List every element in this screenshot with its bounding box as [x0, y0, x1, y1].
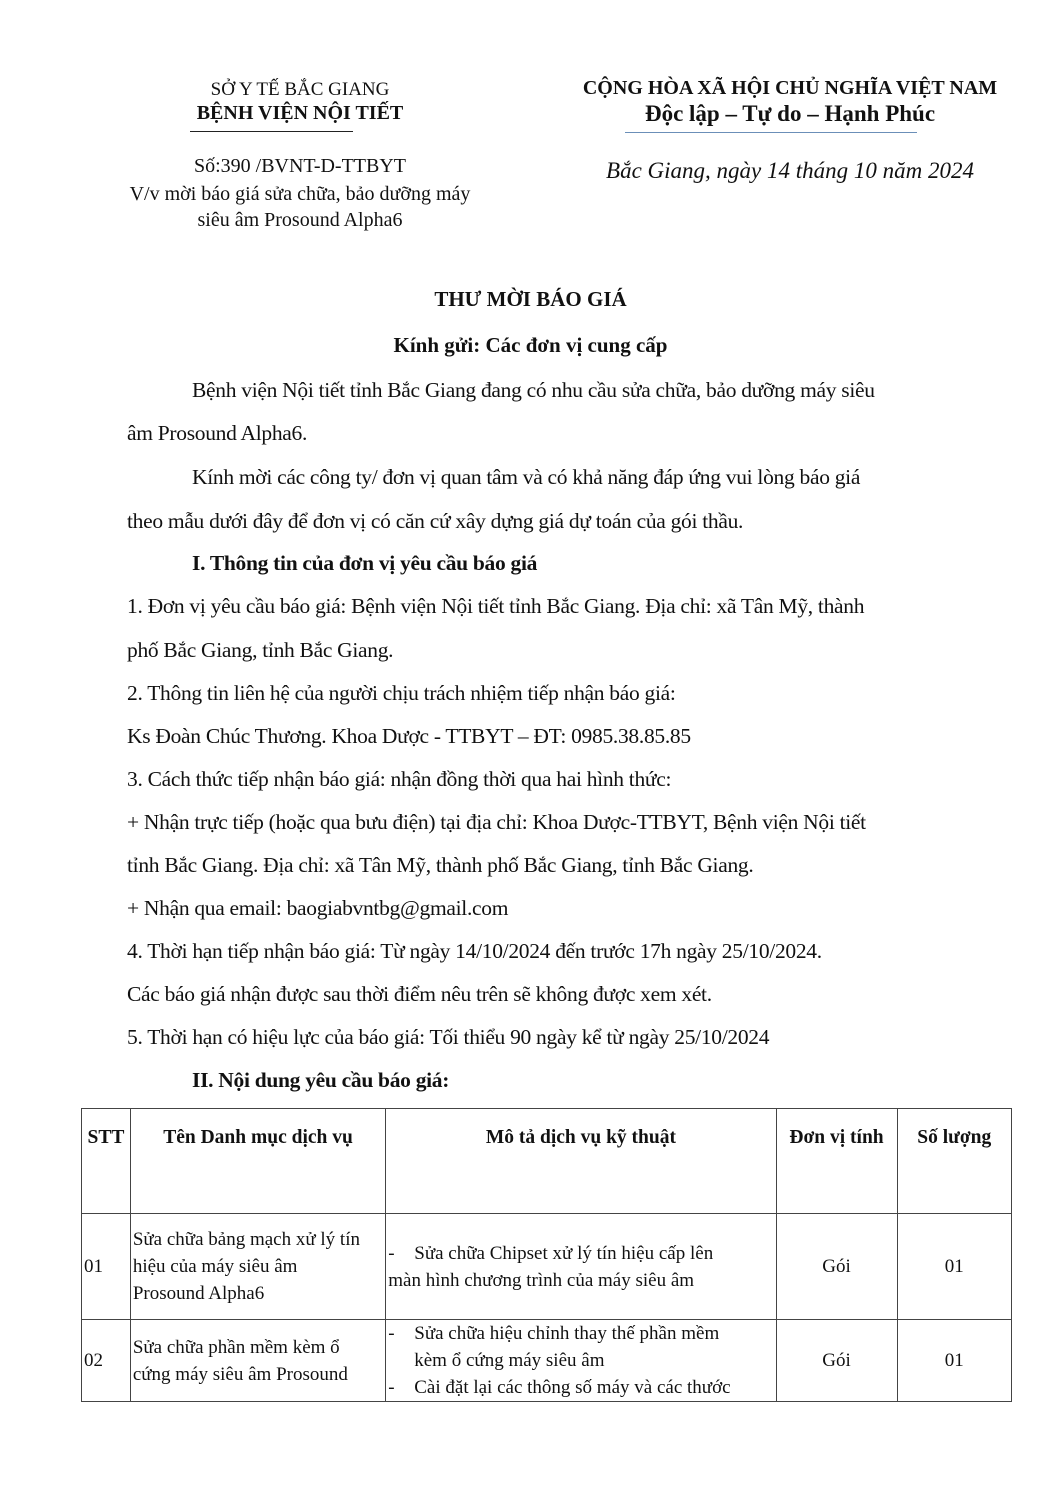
section-1-item-4-line-1: 4. Thời hạn tiếp nhận báo giá: Từ ngày 1… — [127, 939, 967, 964]
header-stt: STT — [82, 1109, 131, 1214]
intro-p2-line1: Kính mời các công ty/ đơn vị quan tâm và… — [192, 465, 1032, 490]
cell-unit: Gói — [776, 1320, 897, 1402]
section-1-item-1-line-2: phố Bắc Giang, tỉnh Bắc Giang. — [127, 638, 967, 663]
agency-name: SỞ Y TẾ BẮC GIANG — [80, 79, 520, 101]
section-1-heading: I. Thông tin của đơn vị yêu cầu báo giá — [192, 551, 1032, 576]
cell-service-name: Sửa chữa bảng mạch xử lý tín hiệu của má… — [130, 1214, 385, 1320]
cell-service-name: Sửa chữa phần mềm kèm ổ cứng máy siêu âm… — [130, 1320, 385, 1402]
cell-quantity: 01 — [897, 1320, 1011, 1402]
cell-quantity: 01 — [897, 1214, 1011, 1320]
subject-line-1: V/v mời báo giá sửa chữa, bảo dưỡng máy — [80, 181, 520, 207]
section-1-item-3-line-3: tỉnh Bắc Giang. Địa chỉ: xã Tân Mỹ, thàn… — [127, 853, 967, 878]
cell-stt: 02 — [82, 1320, 131, 1402]
intro-p2-line2: theo mẫu dưới đây để đơn vị có căn cứ xâ… — [127, 509, 967, 534]
hospital-name: BỆNH VIỆN NỘI TIẾT — [80, 102, 520, 125]
contact-email: + Nhận qua email: baogiabvntbg@gmail.com — [127, 896, 967, 921]
section-1-item-2-line-1: 2. Thông tin liên hệ của người chịu trác… — [127, 681, 967, 706]
greeting: Kính gửi: Các đơn vị cung cấp — [0, 333, 1061, 358]
section-1-item-3-line-1: 3. Cách thức tiếp nhận báo giá: nhận đồn… — [127, 767, 967, 792]
country-name: CỘNG HÒA XÃ HỘI CHỦ NGHĨA VIỆT NAM — [520, 77, 1060, 100]
cell-description: -Sửa chữa Chipset xử lý tín hiệu cấp lên… — [386, 1214, 776, 1320]
section-1-item-5-line-1: 5. Thời hạn có hiệu lực của báo giá: Tối… — [127, 1025, 967, 1050]
section-1-item-1-line-1: 1. Đơn vị yêu cầu báo giá: Bệnh viện Nội… — [127, 594, 967, 619]
section-1-item-2-line-2: Ks Đoàn Chúc Thương. Khoa Dược - TTBYT –… — [127, 724, 967, 749]
document-number: Số:390 /BVNT-D-TTBYT — [80, 155, 520, 178]
header-unit: Đơn vị tính — [776, 1109, 897, 1214]
place-date: Bắc Giang, ngày 14 tháng 10 năm 2024 — [520, 158, 1060, 184]
document-title: THƯ MỜI BÁO GIÁ — [0, 287, 1061, 312]
subject-line-2: siêu âm Prosound Alpha6 — [80, 207, 520, 233]
intro-p1-line1: Bệnh viện Nội tiết tỉnh Bắc Giang đang c… — [192, 378, 1032, 403]
table-row: 02 Sửa chữa phần mềm kèm ổ cứng máy siêu… — [82, 1320, 1012, 1402]
header-description: Mô tả dịch vụ kỹ thuật — [386, 1109, 776, 1214]
intro-p1-line2: âm Prosound Alpha6. — [127, 421, 967, 446]
table-row: 01 Sửa chữa bảng mạch xử lý tín hiệu của… — [82, 1214, 1012, 1320]
bullet-dash: - — [388, 1320, 414, 1347]
cell-unit: Gói — [776, 1214, 897, 1320]
header-quantity: Số lượng — [897, 1109, 1011, 1214]
bullet-dash: - — [388, 1240, 414, 1267]
section-1-item-4-line-2: Các báo giá nhận được sau thời điểm nêu … — [127, 982, 967, 1007]
table-header-row: STT Tên Danh mục dịch vụ Mô tả dịch vụ k… — [82, 1109, 1012, 1214]
cell-stt: 01 — [82, 1214, 131, 1320]
quotation-table: STT Tên Danh mục dịch vụ Mô tả dịch vụ k… — [81, 1108, 1012, 1402]
cell-description: -Sửa chữa hiệu chỉnh thay thế phần mềm k… — [386, 1320, 776, 1402]
document-subject: V/v mời báo giá sửa chữa, bảo dưỡng máy … — [80, 181, 520, 233]
section-1-item-3-line-2: + Nhận trực tiếp (hoặc qua bưu điện) tại… — [127, 810, 967, 835]
section-2-heading: II. Nội dung yêu cầu báo giá: — [192, 1068, 1032, 1093]
header-service-name: Tên Danh mục dịch vụ — [130, 1109, 385, 1214]
header-left-divider — [190, 131, 353, 132]
header-right-divider — [625, 132, 917, 133]
bullet-dash: - — [388, 1374, 414, 1401]
national-motto: Độc lập – Tự do – Hạnh Phúc — [520, 101, 1060, 127]
